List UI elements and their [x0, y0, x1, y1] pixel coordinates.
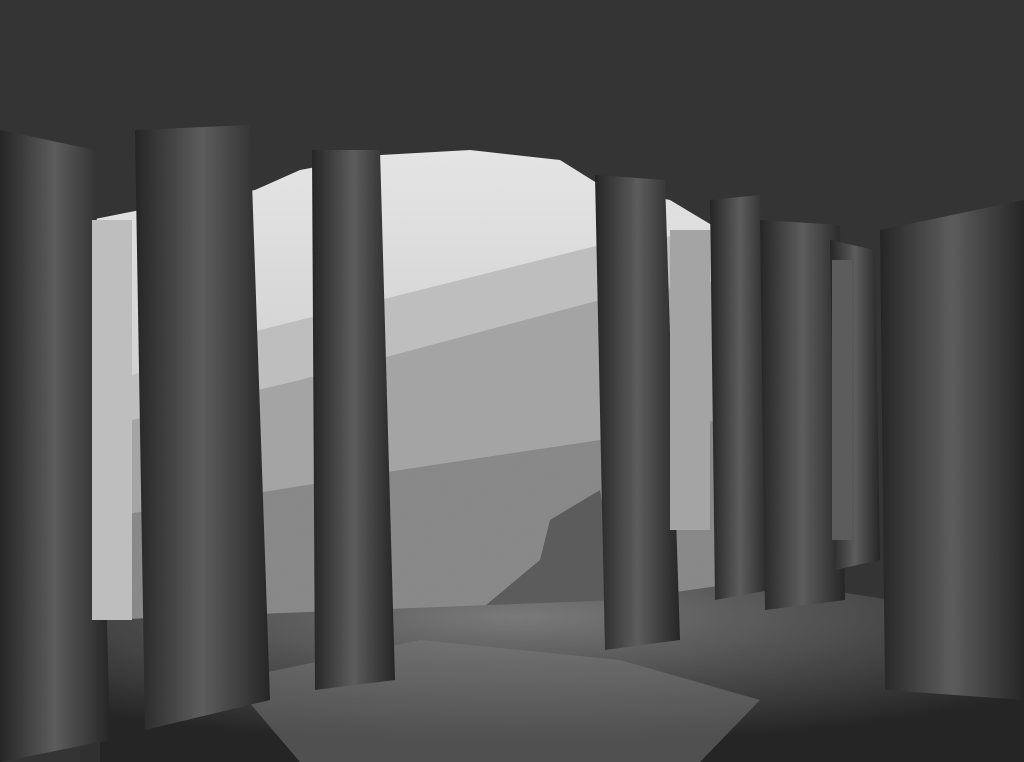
colonnade-photo: [0, 0, 1024, 762]
scene-illustration: [0, 0, 1024, 762]
